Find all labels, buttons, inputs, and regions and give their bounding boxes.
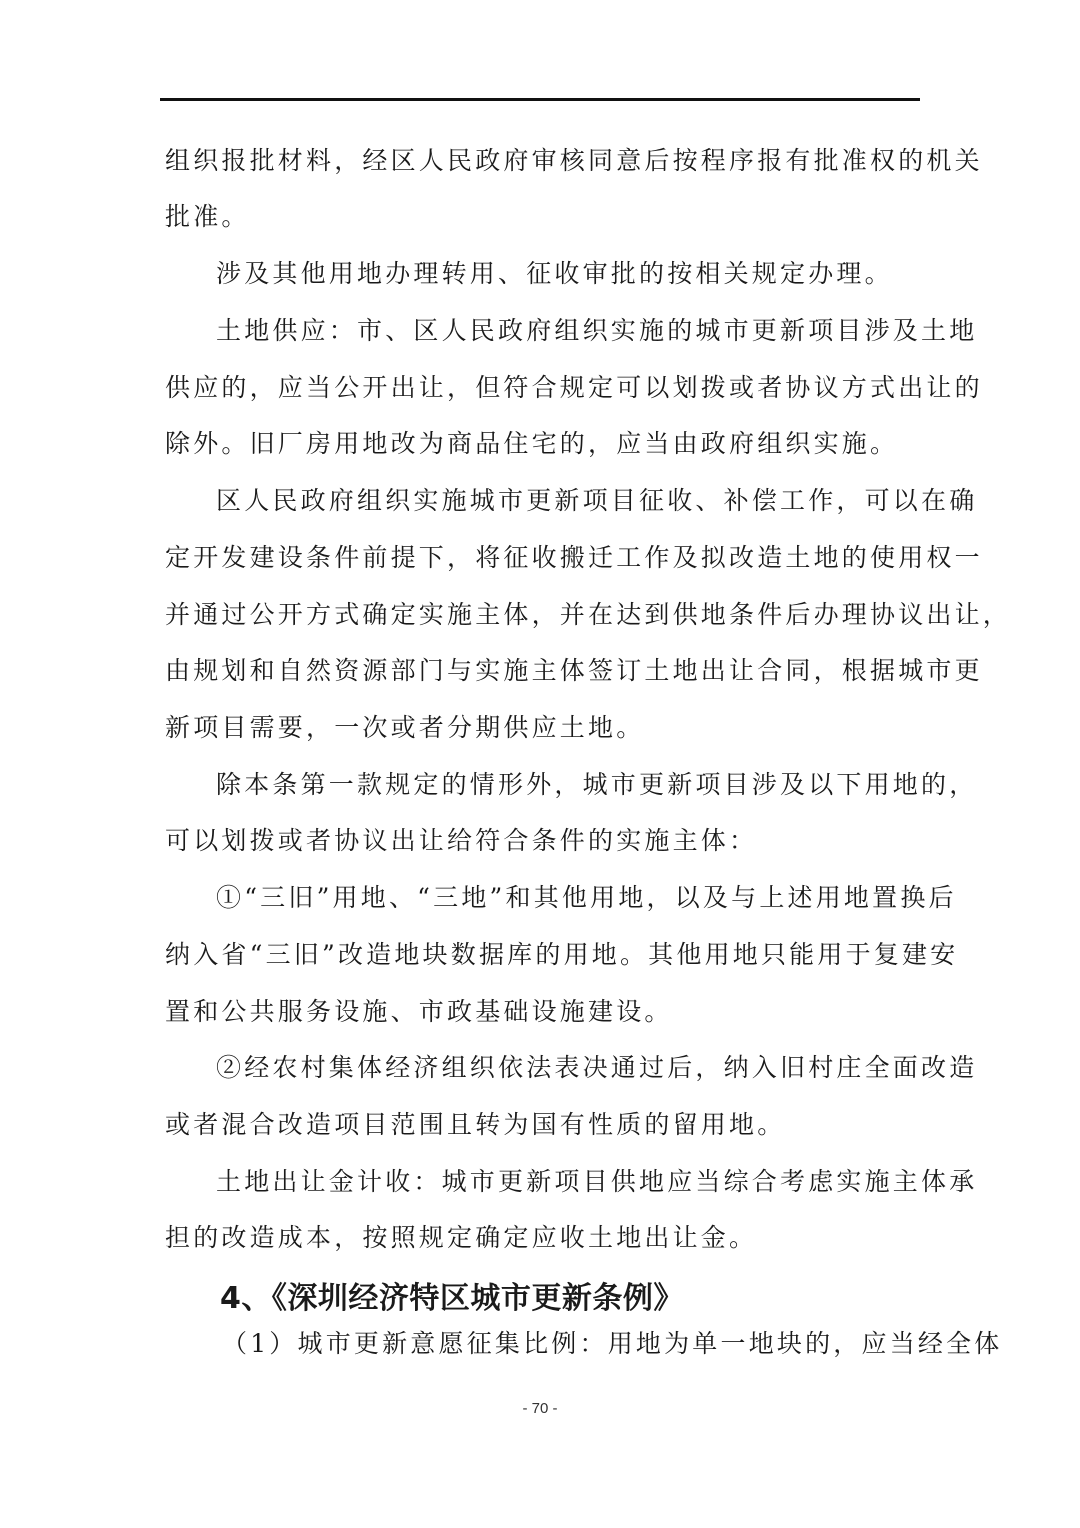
- paragraph-line: 并通过公开方式确定实施主体，并在达到供地条件后办理协议出让，: [165, 599, 1011, 631]
- page-number: - 70 -: [0, 1400, 1080, 1417]
- paragraph-line: 由规划和自然资源部门与实施主体签订土地出让合同，根据城市更: [165, 655, 983, 687]
- paragraph-line: 区人民政府组织实施城市更新项目征收、补偿工作，可以在确: [216, 485, 977, 517]
- paragraph-line: 土地出让金计收：城市更新项目供地应当综合考虑实施主体承: [216, 1166, 977, 1198]
- header-rule: [160, 98, 920, 101]
- subsection-line: （1）城市更新意愿征集比例：用地为单一地块的，应当经全体: [222, 1324, 1003, 1360]
- section-heading: 4、《深圳经济特区城市更新条例》: [220, 1273, 684, 1317]
- paragraph-line: 纳入省“三旧”改造地块数据库的用地。其他用地只能用于复建安: [165, 939, 958, 971]
- paragraph-line: 供应的，应当公开出让，但符合规定可以划拨或者协议方式出让的: [165, 372, 983, 404]
- paragraph-line: 新项目需要，一次或者分期供应土地。: [165, 712, 644, 744]
- paragraph-line: 组织报批材料，经区人民政府审核同意后按程序报有批准权的机关: [165, 145, 983, 177]
- paragraph-line: 置和公共服务设施、市政基础设施建设。: [165, 996, 673, 1028]
- paragraph-line: 或者混合改造项目范围且转为国有性质的留用地。: [165, 1109, 785, 1141]
- paragraph-line: 涉及其他用地办理转用、征收审批的按相关规定办理。: [216, 258, 893, 290]
- paragraph-line: ②经农村集体经济组织依法表决通过后，纳入旧村庄全面改造: [216, 1052, 977, 1084]
- paragraph-line: 担的改造成本，按照规定确定应收土地出让金。: [165, 1222, 757, 1254]
- paragraph-line: 可以划拨或者协议出让给符合条件的实施主体：: [165, 825, 757, 857]
- paragraph-line: 除本条第一款规定的情形外，城市更新项目涉及以下用地的，: [216, 769, 977, 801]
- paragraph-line: ①“三旧”用地、“三地”和其他用地，以及与上述用地置换后: [216, 882, 957, 914]
- paragraph-line: 定开发建设条件前提下，将征收搬迁工作及拟改造土地的使用权一: [165, 542, 983, 574]
- paragraph-line: 土地供应：市、区人民政府组织实施的城市更新项目涉及土地: [216, 315, 977, 347]
- paragraph-line: 除外。旧厂房用地改为商品住宅的，应当由政府组织实施。: [165, 428, 898, 460]
- paragraph-line: 批准。: [165, 201, 250, 233]
